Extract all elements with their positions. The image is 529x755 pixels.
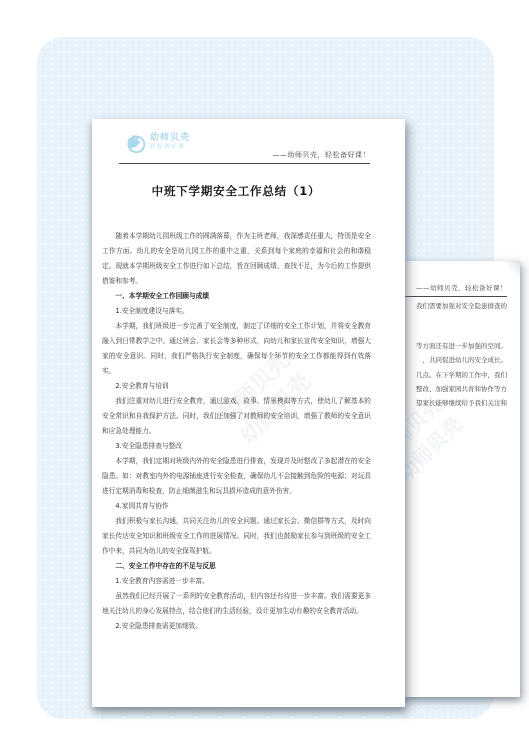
section-heading: 二、安全工作中存在的不足与反思 [102,559,371,574]
page2-text-fragment: 望家长能够继续给予我们关注和 [416,399,507,407]
paragraph: 我们注重对幼儿进行安全教育，通过游戏、故事、情景模拟等方式，使幼儿了解基本的安全… [102,394,371,439]
brand-logo-text-block: 幼师贝壳 轻松备好课 [150,134,190,151]
page2-text-fragment: 等方面还有进一步加强的空间。 [416,342,507,350]
page2-text-fragment: 我们需要加强对安全隐患排查的 [416,302,507,310]
brand-logo-subtext: 轻松备好课 [150,145,190,151]
paragraph: 虽然我们已经开展了一系列的安全教育活动，但内容还有待进一步丰富。我们需要更多地关… [102,589,371,619]
document-preview: 幼师贝壳 幼师贝壳 ——幼师贝壳，轻松备好课！ 我们需要加强对安全隐患排查的 等… [0,0,529,755]
document-body: 随着本学期幼儿园班级工作的圆满落幕，作为主班老师，我深感责任重大，特别是安全工作… [102,229,371,634]
brand-logo-text: 幼师贝壳 [150,134,190,143]
sub-heading: 3.安全隐患排查与整改 [102,439,371,454]
brand-tagline: ——幼师贝壳，轻松备好课！ [416,283,507,292]
sub-heading: 4.家园共育与协作 [102,499,371,514]
preview-card: 幼师贝壳 幼师贝壳 ——幼师贝壳，轻松备好课！ 我们需要加强对安全隐患排查的 等… [37,37,494,719]
section-heading: 一、本学期安全工作回顾与成绩 [102,289,371,304]
sub-heading: 2.安全教育与培训 [102,379,371,394]
page2-text-fragment: 整改、加强家园共育和协作等方 [416,385,507,393]
document-title: 中班下学期安全工作总结（1） [102,183,370,199]
sub-heading: 1.安全教育内容需进一步丰富。 [102,574,371,589]
document-page-1: 幼师贝壳 幼师贝壳 幼师贝壳 轻松备好课 ——幼师贝壳，轻松备好课！ 中班下学期… [92,119,405,707]
paragraph: 本学期，我们班级进一步完善了安全制度，制定了详细的安全工作计划，并将安全教育融入… [102,319,371,379]
sub-heading: 1.安全制度建设与落实。 [102,304,371,319]
header-rule [119,163,370,164]
brand-tagline: ——幼师贝壳，轻松备好课！ [273,150,371,160]
sub-heading: 2.安全隐患排查需更加细致。 [102,619,371,634]
brand-logo: 幼师贝壳 轻松备好课 [124,131,190,154]
page2-text-fragment: 几点。在下学期的工作中，我们 [416,371,507,379]
paragraph: 随着本学期幼儿园班级工作的圆满落幕，作为主班老师，我深感责任重大，特别是安全工作… [102,229,371,289]
paragraph: 本学期，我们定期对班级内外的安全隐患进行排查，发现并及时整改了多起潜在的安全隐患… [102,454,371,499]
hand-logo-icon [124,131,147,154]
paragraph: 我们积极与家长沟通，共同关注幼儿的安全问题。通过家长会、微信群等方式，及时向家长… [102,514,371,559]
page2-text-fragment: ，共同促进幼儿的安全成长。 [423,356,508,364]
